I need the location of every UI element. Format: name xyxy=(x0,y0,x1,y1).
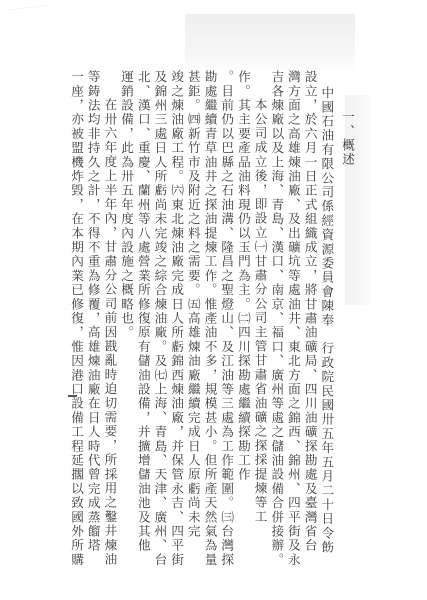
text-column-12: 北、漢口、重慶、蘭州等八處營業所修復原有儲油設備，并擴增儲油池及其他 xyxy=(134,70,151,553)
margin-mark xyxy=(68,395,77,397)
text-column-16: 一座，亦被盟機炸毀，在本期內業已修復，惟因港口設備工程延擱以致國外所購 xyxy=(67,70,84,567)
text-column-4: 吉各煉廠以及上海、青島、漢口、南京、福口、廣州等處之儲油設備合併接辦。 xyxy=(268,70,285,567)
text-column-13: 運銷設備，此為卅五年度內設施之概略也。 xyxy=(117,70,134,340)
text-column-5: 本公司成立後，即設立㈠甘肅分公司主管甘肅省油礦之探採提煉等工 xyxy=(251,98,268,524)
text-column-15: 等鋳法均非持久之計，不得不重為修覆，高雄煉油廠在日人時代曾完成蒸餾塔 xyxy=(84,70,101,553)
text-column-11: 及錦州三處日人所虧尚未完竣之綜合煉油廠。及㈦上海、青島、天津、廣州、台 xyxy=(151,70,168,567)
scanned-page: ……………………… 一、概述 中國石油有限公司係經資源委員會陳奉 行政院民國卅五… xyxy=(0,0,427,600)
text-column-7: 。目前仍以巴縣之石油溝、隆昌之聖燈山、及江油等三處為工作範圍。㈢台灣探 xyxy=(218,70,235,567)
text-column-10: 竣之煉油廠工程。㈥東北煉油廠完成日人所虧錦西煉油廠，并保管永吉、四平街 xyxy=(167,70,184,567)
text-column-6: 作。其主要產品油料現仍以玉門為主。㈡四川探勘處繼續探勘工作 xyxy=(234,70,251,482)
text-column-9: 甚鉅。㈣新竹市及附近之料之需要。㈤高雄煉油廠繼續完成日人原虧尚未完 xyxy=(184,70,201,539)
text-column-2: 設立，於六月一日正式組織成立，將甘肅油礦局、四川油礦探勘處及臺灣省台 xyxy=(301,70,318,553)
text-column-3: 灣方面之高雄煉油廠、及出礦坑等處油井、東北方面之錦西、錦州、四平街及永 xyxy=(284,70,301,567)
vertical-text-body: 一、概述 中國石油有限公司係經資源委員會陳奉 行政院民國卅五年五月二十日令飭 設… xyxy=(67,70,355,540)
section-heading: 一、概述 xyxy=(338,110,355,167)
text-column-14: 在卅六年度上半年內，甘肅分公司前因戡亂時迫切需要，所採用之鑿井煉油 xyxy=(101,98,118,567)
text-column-1: 中國石油有限公司係經資源委員會陳奉 行政院民國卅五年五月二十日令飭 xyxy=(318,86,335,555)
corner-annotation: ……………………… xyxy=(6,2,51,12)
text-column-8: 勘處繼續青草油井之探油提煉工作。惟產油不多，規模甚小。但所產天然氣為量 xyxy=(201,70,218,567)
scan-shadow xyxy=(185,14,355,74)
